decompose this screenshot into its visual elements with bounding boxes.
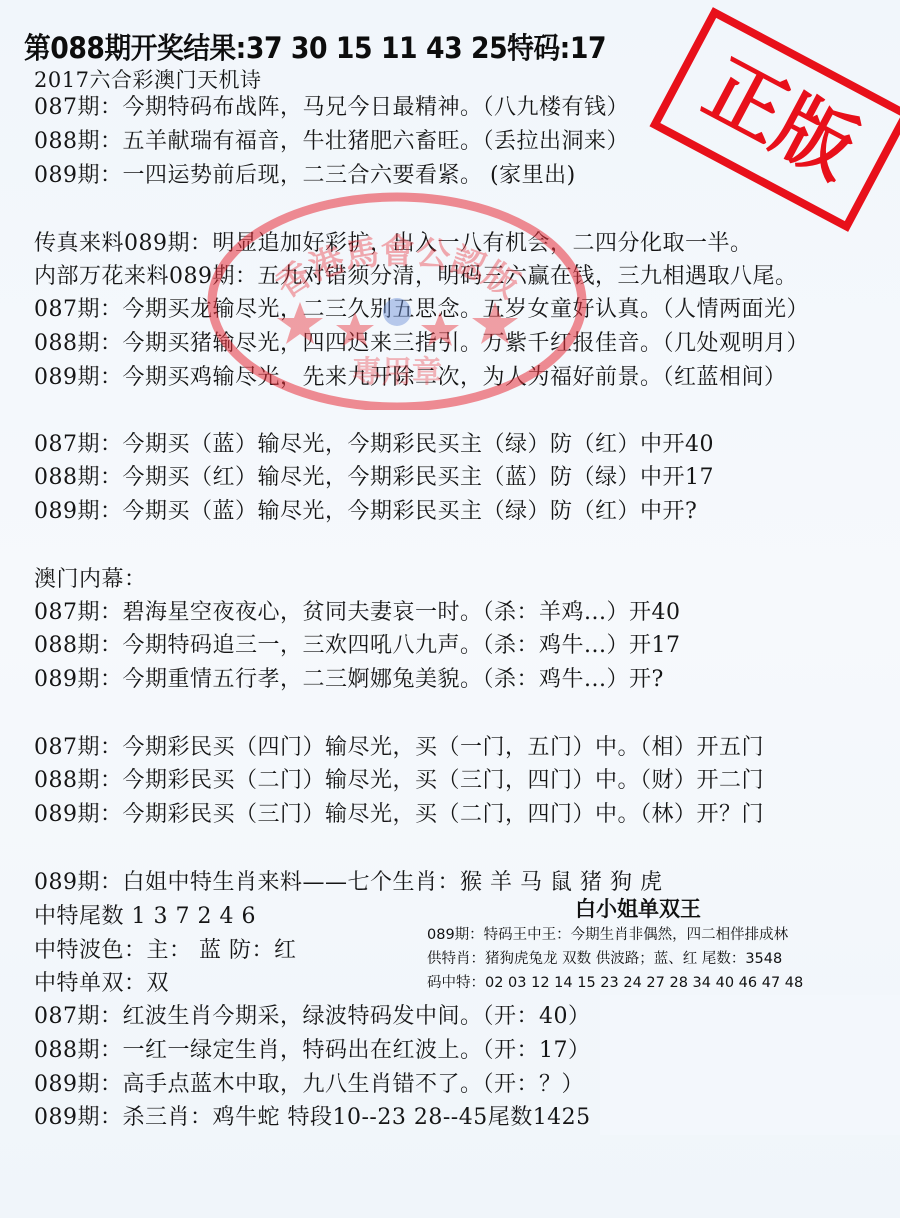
- color-wave-line: 089期：今期买（蓝）输尽光，今期彩民买主（绿）防（红）中开?: [34, 498, 697, 526]
- fax-line: 传真来料089期：明显追加好彩扩，出入一八有机会，二四分化取一半。: [34, 230, 753, 258]
- bxw-box-line: 供特肖：猪狗虎兔龙 双数 供波路；蓝、红 尾数：3548: [427, 949, 782, 969]
- footer-line: 089期：杀三肖：鸡牛蛇 特段10--23 28--45尾数1425: [34, 1104, 591, 1132]
- fax-line: 088期：今期买猪输尽光，四四迟来三指引。万紫千红报佳音。（几处观明月）: [34, 330, 809, 358]
- poem-line: 087期：今期特码布战阵，马兄今日最精神。（八九楼有钱）: [34, 94, 629, 122]
- macau-inside-title: 澳门内幕：: [34, 566, 147, 594]
- poem-title: 2017六合彩澳门天机诗: [34, 66, 261, 94]
- fax-line: 内部万花来料089期：五九对错须分清，明码三六赢在钱，三九相遇取八尾。: [34, 263, 798, 291]
- odd-even-line: 中特单双：双: [34, 970, 169, 998]
- footer-line: 087期：红波生肖今期采，绿波特码发中间。（开：40）: [34, 1003, 591, 1031]
- color-wave-line: 087期：今期买（蓝）输尽光，今期彩民买主（绿）防（红）中开40: [34, 431, 714, 459]
- fax-line: 089期：今期买鸡输尽光，先来九开除二次，为人为福好前景。（红蓝相间）: [34, 364, 787, 392]
- bxw-box-title: 白小姐单双王: [575, 893, 701, 923]
- blank-panel: [600, 995, 900, 1135]
- macau-inside-line: 088期：今期特码追三一，三欢四吼八九声。（杀：鸡牛...）开17: [34, 632, 680, 660]
- poem-line: 088期：五羊献瑞有福音，牛壮猪肥六畜旺。（丢拉出洞来）: [34, 128, 629, 156]
- bxw-box-line: 089期：特码王中王：今期生肖非偶然，四二相伴排成林: [427, 925, 788, 945]
- footer-line: 089期：高手点蓝木中取，九八生肖错不了。（开：？）: [34, 1071, 584, 1099]
- genuine-edition-label: 正版: [660, 18, 900, 221]
- wave-color-line: 中特波色：主： 蓝 防：红: [34, 937, 297, 965]
- poem-line: 089期：一四运势前后现，二三合六要看紧。 (家里出): [34, 162, 576, 190]
- miss-bai-zodiac-line: 089期：白姐中特生肖来料——七个生肖：猴 羊 马 鼠 猪 狗 虎: [34, 869, 662, 897]
- tail-numbers-line: 中特尾数 1 3 7 2 4 6: [34, 903, 256, 931]
- fax-line: 087期：今期买龙输尽光，二三久别五思念。五岁女童好认真。（人情两面光）: [34, 296, 809, 324]
- genuine-edition-stamp: 正版: [649, 7, 900, 232]
- doors-line: 087期：今期彩民买（四门）输尽光，买（一门，五门）中。（相）开五门: [34, 734, 764, 762]
- lottery-forecast-sheet: 第088期开奖结果:37 30 15 11 43 25特码:17 2017六合彩…: [0, 0, 900, 1218]
- macau-inside-line: 087期：碧海星空夜夜心，贫同夫妻哀一时。（杀：羊鸡...）开40: [34, 599, 680, 627]
- bxw-box-line: 码中特：02 03 12 14 15 23 24 27 28 34 40 46 …: [427, 973, 803, 993]
- footer-line: 088期：一红一绿定生肖，特码出在红波上。（开：17）: [34, 1037, 591, 1065]
- doors-line: 088期：今期彩民买（二门）输尽光，买（三门，四门）中。（财）开二门: [34, 767, 764, 795]
- color-wave-line: 088期：今期买（红）输尽光，今期彩民买主（蓝）防（绿）中开17: [34, 464, 714, 492]
- doors-line: 089期：今期彩民买（三门）输尽光，买（二门，四门）中。（林）开？门: [34, 801, 764, 829]
- macau-inside-line: 089期：今期重情五行孝，二三婀娜兔美貌。（杀：鸡牛...）开?: [34, 666, 664, 694]
- draw-result-headline: 第088期开奖结果:37 30 15 11 43 25特码:17: [24, 26, 606, 67]
